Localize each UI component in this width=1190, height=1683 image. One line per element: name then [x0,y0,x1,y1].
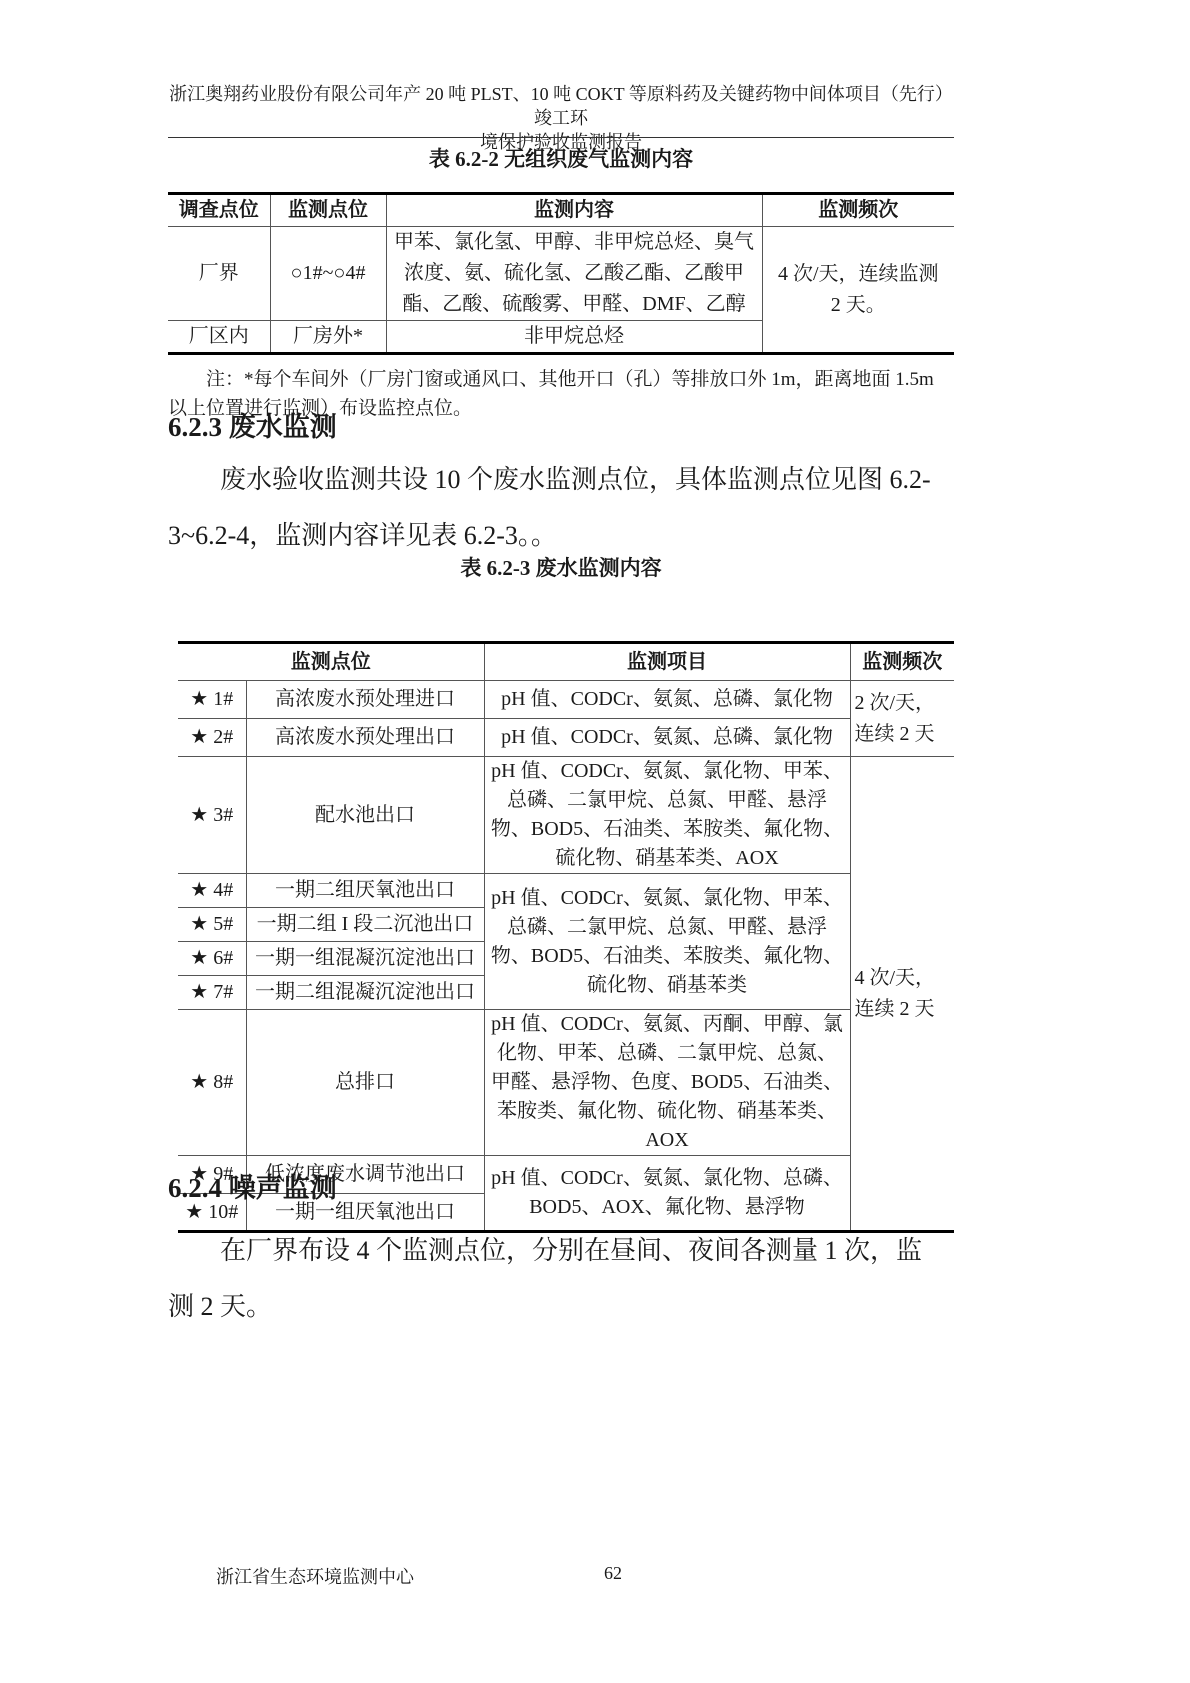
cell-survey: 厂区内 [168,321,270,354]
point-name: 总排口 [246,1010,484,1156]
point-name: 一期二组厌氧池出口 [246,874,484,908]
point-name: 一期一组混凝沉淀池出口 [246,942,484,976]
point-id: ★ 1# [178,681,246,719]
cell-content: 甲苯、氯化氢、甲醇、非甲烷总烃、臭气浓度、氨、硫化氢、乙酸乙酯、乙酸甲酯、乙酸、… [386,227,762,321]
point-id: ★ 3# [178,757,246,874]
point-id: ★ 4# [178,874,246,908]
point-name: 高浓废水预处理进口 [246,681,484,719]
cell-point: ○1#~○4# [270,227,386,321]
table-row: ★ 2# 高浓废水预处理出口 pH 值、CODCr、氨氮、总磷、氯化物 [178,719,954,757]
point-id: ★ 5# [178,908,246,942]
point-id: ★ 7# [178,976,246,1010]
items: pH 值、CODCr、氨氮、总磷、氯化物 [484,681,850,719]
table-row: ★ 1# 高浓废水预处理进口 pH 值、CODCr、氨氮、总磷、氯化物 2 次/… [178,681,954,719]
col-header: 监测频次 [850,643,954,681]
point-name: 一期二组 I 段二沉池出口 [246,908,484,942]
table-wastewater: 监测点位 监测项目 监测频次 ★ 1# 高浓废水预处理进口 pH 值、CODCr… [178,641,954,1233]
frequency-b: 4 次/天， 连续 2 天 [850,757,954,1232]
col-header: 监测点位 [270,194,386,227]
point-id: ★ 2# [178,719,246,757]
col-header: 调查点位 [168,194,270,227]
body-paragraph: 废水验收监测共设 10 个废水监测点位，具体监测点位见图 6.2-3~6.2-4… [168,452,958,564]
items: pH 值、CODCr、氨氮、丙酮、甲醇、氯化物、甲苯、总磷、二氯甲烷、总氮、甲醛… [484,1010,850,1156]
col-header: 监测内容 [386,194,762,227]
table1-caption: 表 6.2-2 无组织废气监测内容 [168,143,954,173]
col-header: 监测频次 [762,194,954,227]
point-name: 配水池出口 [246,757,484,874]
point-name: 高浓废水预处理出口 [246,719,484,757]
table-row: ★ 4# 一期二组厌氧池出口 pH 值、CODCr、氨氮、氯化物、甲苯、总磷、二… [178,874,954,908]
cell-survey: 厂界 [168,227,270,321]
point-id: ★ 8# [178,1010,246,1156]
page-number: 62 [604,1563,622,1584]
frequency-a: 2 次/天， 连续 2 天 [850,681,954,757]
cell-point: 厂房外* [270,321,386,354]
items: pH 值、CODCr、氨氮、氯化物、甲苯、总磷、二氯甲烷、总氮、甲醛、悬浮物、B… [484,874,850,1010]
table-row: 厂界 ○1#~○4# 甲苯、氯化氢、甲醇、非甲烷总烃、臭气浓度、氨、硫化氢、乙酸… [168,227,954,321]
section-heading: 6.2.3 废水监测 [168,405,337,444]
header-rule [168,137,954,138]
col-header: 监测点位 [178,643,484,681]
cell-content: 非甲烷总烃 [386,321,762,354]
items: pH 值、CODCr、氨氮、总磷、氯化物 [484,719,850,757]
table2-caption: 表 6.2-3 废水监测内容 [168,552,954,582]
section-heading: 6.2.4 噪声监测 [168,1166,337,1205]
items: pH 值、CODCr、氨氮、氯化物、甲苯、总磷、二氯甲烷、总氮、甲醛、悬浮物、B… [484,757,850,874]
table-fugitive-gas: 调查点位 监测点位 监测内容 监测频次 厂界 ○1#~○4# 甲苯、氯化氢、甲醇… [168,192,954,355]
point-id: ★ 6# [178,942,246,976]
footer-org: 浙江省生态环境监测中心 [216,1563,414,1589]
body-paragraph: 在厂界布设 4 个监测点位，分别在昼间、夜间各测量 1 次，监 测 2 天。 [168,1223,958,1335]
items: pH 值、CODCr、氨氮、氯化物、总磷、BOD5、AOX、氟化物、悬浮物 [484,1156,850,1232]
point-name: 一期二组混凝沉淀池出口 [246,976,484,1010]
header-line-1: 浙江奥翔药业股份有限公司年产 20 吨 PLST、10 吨 COKT 等原料药及… [168,82,954,130]
col-header: 监测项目 [484,643,850,681]
cell-frequency: 4 次/天，连续监测 2 天。 [762,227,954,354]
table-row: ★ 8# 总排口 pH 值、CODCr、氨氮、丙酮、甲醇、氯化物、甲苯、总磷、二… [178,1010,954,1156]
table-row: ★ 3# 配水池出口 pH 值、CODCr、氨氮、氯化物、甲苯、总磷、二氯甲烷、… [178,757,954,874]
